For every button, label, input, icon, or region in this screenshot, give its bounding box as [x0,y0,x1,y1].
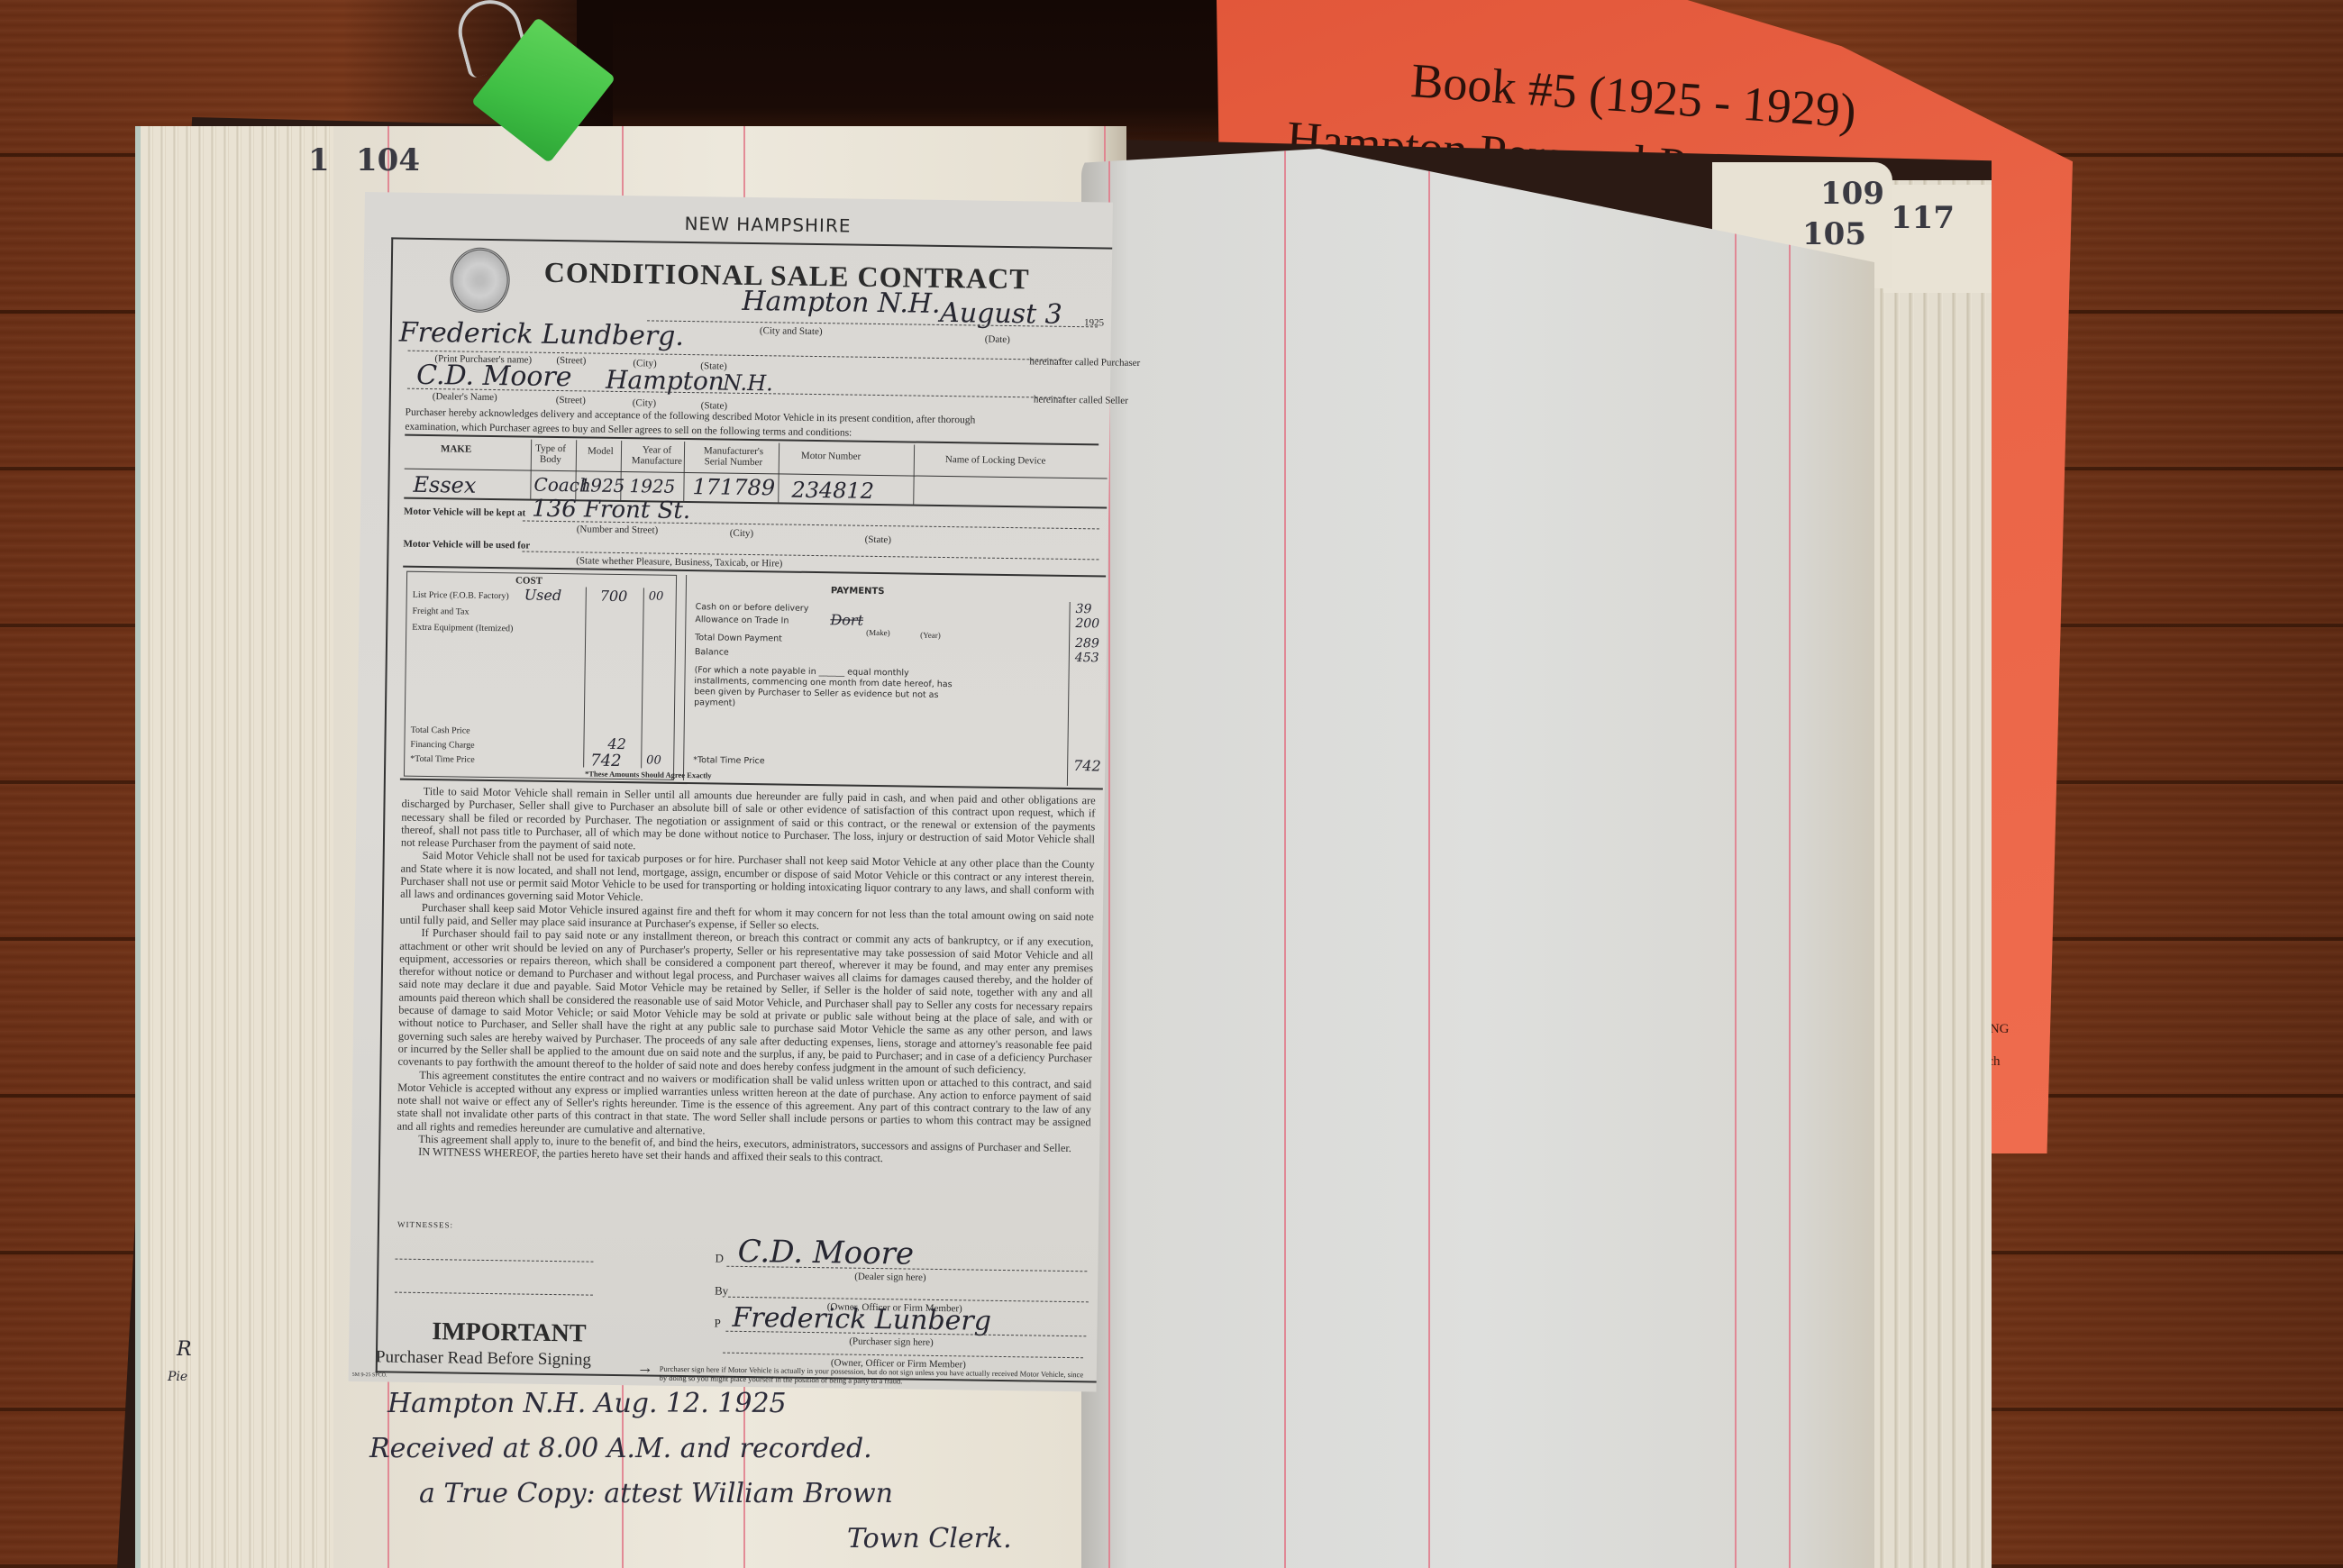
payments-section: PAYMENTS Cash on or before delivery 39 A… [683,575,1106,786]
cost-amount: 42 [607,735,626,752]
dealer-sig-prefix: D [715,1252,724,1266]
ledger-red-rule [1735,149,1737,1568]
cost-label: *Total Time Price [410,754,475,765]
terms-paragraph: Said Motor Vehicle shall not be used for… [400,849,1095,910]
hereinafter-seller: hereinafter called Seller [1034,394,1128,406]
form-code: 5M 9-25 SPCO. [352,1372,387,1379]
td-model: 1925 [579,474,624,497]
ledger-red-rule [1428,149,1430,1568]
contract-terms: Title to said Motor Vehicle shall remain… [396,785,1095,1214]
td-motor: 234812 [791,478,874,504]
th-locking: Name of Locking Device [945,454,1046,467]
witnesses-label: WITNESSES: [397,1220,453,1230]
payments-divider [1067,602,1071,786]
left-page-stack: R Pie [135,126,351,1568]
right-page-number: 105 [1802,216,1866,252]
label-street-2: (Street) [556,395,586,406]
hereinafter-purchaser: hereinafter called Purchaser [1029,356,1140,369]
payments-header: PAYMENTS [831,586,885,597]
contract-location: Hampton N.H. [742,286,941,320]
label-make: (Make) [866,628,890,637]
th-motor: Motor Number [801,451,861,462]
td-year: 1925 [629,475,675,497]
cost-divider [641,588,644,768]
ledger-red-rule [1789,149,1791,1568]
payment-amount: 453 [1075,651,1099,665]
recording-notation-line-4: Town Clerk. [847,1523,1012,1554]
label-number-street: (Number and Street) [577,524,659,535]
label-year: (Year) [920,631,941,640]
th-body: Type of Body [533,443,569,466]
spine-fragment-pie: Pie [168,1370,187,1384]
th-model: Model [588,445,614,456]
purchaser-sig-prefix: P [714,1317,720,1331]
terms-paragraph: Title to said Motor Vehicle shall remain… [401,785,1096,859]
recording-notation-line-2: Received at 8.00 A.M. and recorded. [369,1433,872,1464]
partial-page-number: 1 [308,142,330,178]
label-state-2: (State) [701,400,727,411]
cost-header: COST [515,575,542,586]
behind-page-number: 109 [1820,176,1884,212]
cost-label: Freight and Tax [412,606,469,617]
td-serial: 171789 [692,474,775,500]
cost-amount: 742 [590,752,622,770]
label-dealer: (Dealer's Name) [433,391,497,403]
th-year: Year of Manufacture [630,444,684,467]
arrow-icon: → [637,1358,653,1377]
vehicle-table: MAKE Type of Body Model Year of Manufact… [404,438,1108,511]
payment-amount: 39 [1075,602,1091,616]
payments-total-label: *Total Time Price [693,755,765,766]
note-payable-text: (For which a note payable in ______ equa… [694,665,965,712]
back-page-number: 117 [1891,200,1955,236]
terms-paragraph: This agreement constitutes the entire co… [397,1068,1091,1142]
cost-label: Extra Equipment (Itemized) [412,623,513,634]
td-make: Essex [413,472,476,498]
cost-cents: 00 [649,589,664,603]
recording-notation-line-1: Hampton N.H. Aug. 12. 1925 [387,1388,787,1419]
payments-total-amount: 742 [1073,757,1101,774]
important-subheading: Purchaser Read Before Signing [376,1347,591,1370]
ledger-red-rule [1284,149,1286,1568]
label-state-3: (State) [865,534,891,545]
right-page-stack [1856,180,1992,1568]
purchaser-name: Frederick Lundberg. [399,317,685,352]
payment-amount: 289 [1075,636,1099,651]
cost-divider [583,587,587,767]
ledger-right-page [1081,149,1874,1568]
payment-amount: 200 [1075,616,1099,631]
cost-label: Total Cash Price [411,725,470,736]
cost-cents: 00 [646,753,661,767]
left-page-number: 104 [356,142,420,178]
cost-section: COST List Price (F.O.B. Factory)Used7000… [404,571,677,780]
used-for-label: Motor Vehicle will be used for [403,539,530,552]
dealer-sig-label: (Dealer sign here) [854,1272,926,1283]
spine-fragment-r: R [177,1338,192,1361]
trade-in-make: Dort [830,611,863,629]
payment-label: Allowance on Trade In [695,615,789,625]
payment-label: Total Down Payment [695,633,782,643]
cost-label: List Price (F.O.B. Factory) [413,590,509,601]
kept-at-label: Motor Vehicle will be kept at [404,506,525,519]
label-date: (Date) [985,334,1010,345]
label-city-state: (City and State) [760,325,823,337]
cost-note: Used [524,587,562,605]
purchaser-sig-label: (Purchaser sign here) [849,1336,934,1348]
cost-label: Financing Charge [410,740,474,751]
recording-notation-line-3: a True Copy: attest William Brown [419,1478,893,1509]
th-make: MAKE [441,443,471,454]
by-label: By [715,1284,728,1299]
terms-paragraph: If Purchaser should fail to pay said not… [397,926,1093,1078]
conditional-sale-contract: NEW HAMPSHIRE CONDITIONAL SALE CONTRACT … [349,192,1113,1391]
label-city-2: (City) [633,397,656,408]
th-serial: Manufacturer's Serial Number [693,445,774,468]
cost-amount: 700 [600,588,628,605]
label-city-3: (City) [730,528,753,539]
important-heading: IMPORTANT [432,1317,587,1348]
payment-label: Balance [695,647,729,658]
contract-state-header: NEW HAMPSHIRE [684,213,851,237]
payment-label: Cash on or before delivery [696,602,809,614]
